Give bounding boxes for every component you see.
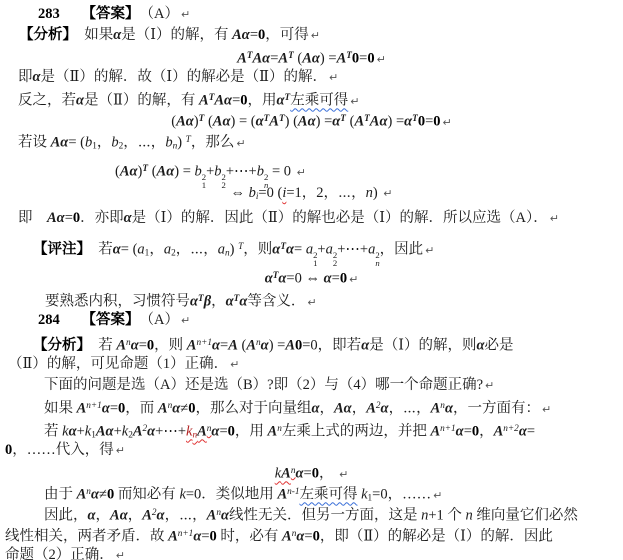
text-run: b — [195, 164, 202, 180]
text-run: +⋯+ — [226, 164, 257, 180]
paragraph-return-mark: ↵ — [443, 116, 452, 129]
text-run: 0 — [313, 529, 320, 545]
q283-remark: 【评注】 若α= (a1，a2，⋯，an) T，则αTα= a21+a22+⋯+… — [0, 233, 623, 261]
text-run: a — [326, 242, 333, 258]
paragraph-return-mark: ↵ — [542, 403, 551, 416]
text-run: Aα — [370, 114, 388, 130]
text-run: = — [250, 27, 258, 43]
text-run: b — [249, 185, 256, 201]
text-run: A — [116, 338, 126, 354]
text-run: ) = — [269, 338, 286, 354]
text-run: 左乘上式的两边，并把 — [282, 424, 431, 440]
text-run: 若 — [84, 242, 113, 258]
text-run: A — [168, 529, 178, 545]
q284-answer-header: 284 【答案】 （A）↵ — [0, 310, 623, 331]
text-run: + — [114, 424, 122, 440]
text-run: A — [133, 424, 143, 440]
text-run: α — [519, 424, 527, 440]
text-run: 命题（2）正确． — [5, 547, 114, 560]
text-run: ) — [177, 135, 185, 151]
text-run: ， — [319, 466, 337, 482]
text-run: Aα — [213, 114, 231, 130]
text-run: 如果 — [70, 27, 114, 43]
paragraph-return-mark: ↵ — [350, 95, 359, 108]
text-run: ，而 — [125, 401, 158, 417]
text-run: A — [281, 466, 291, 482]
text-run: α — [295, 466, 303, 482]
paragraph-return-mark: ↵ — [116, 549, 125, 560]
text-run: 0 — [210, 529, 217, 545]
text-run: ，可得 — [265, 27, 309, 43]
text-run: ) = — [174, 164, 194, 180]
text-run: A — [430, 424, 440, 440]
text-run: Aα — [253, 51, 271, 67]
text-run: A — [158, 401, 168, 417]
text-run: n-1 — [287, 487, 299, 497]
text-run: a — [368, 242, 375, 258]
text-run: A — [269, 114, 279, 130]
text-run: = — [110, 401, 118, 417]
text-run: A — [337, 51, 347, 67]
text-run — [60, 312, 89, 328]
text-run: 【答案】 — [89, 312, 133, 328]
text-run: α — [456, 424, 464, 440]
text-run: α — [212, 338, 220, 354]
text-run: A — [77, 401, 87, 417]
text-run: α — [76, 93, 84, 109]
text-run: 283 — [38, 6, 60, 22]
text-run: ，则 — [243, 242, 272, 258]
text-run: + — [77, 424, 85, 440]
q283-setup-b-vector: 若设 Aα= (b1，b2，⋯，bn) T，那么↵ — [0, 130, 623, 151]
text-run: α — [265, 271, 273, 287]
text-run: ， — [211, 294, 226, 310]
text-run: n — [466, 508, 473, 524]
text-run: 0 — [418, 114, 425, 130]
paragraph-return-mark: ↵ — [307, 296, 316, 309]
text-run: A — [77, 487, 87, 503]
text-run: ．亦即 — [80, 210, 124, 226]
text-run: α — [277, 93, 285, 109]
text-run: ( — [148, 164, 156, 180]
text-run: （Ⅱ）的解，可见命题（1）正确． — [8, 356, 228, 372]
text-run: Aα — [51, 135, 69, 151]
text-run: Aα — [157, 164, 175, 180]
text-run: α — [404, 114, 412, 130]
text-run: ) = — [316, 114, 333, 130]
text-run: 下面的问题是选（A）还是选（B）?即（2）与（4）哪一个命题正确? — [44, 377, 483, 393]
text-run: ，即（Ⅱ）的解必是（Ⅰ）的解．因此 — [320, 529, 553, 545]
text-run: b — [214, 164, 221, 180]
text-run: 等含义． — [247, 294, 305, 310]
text-run: A — [246, 338, 256, 354]
text-run: α — [256, 114, 264, 130]
text-run: +1 个 — [428, 508, 465, 524]
text-run: n+1 — [178, 529, 194, 539]
text-run: 若 — [44, 424, 62, 440]
text-run: A — [228, 338, 238, 354]
text-run: 【分析】 — [33, 338, 84, 354]
text-run: 由于 — [44, 487, 77, 503]
text-run: = — [65, 210, 73, 226]
text-run: 是（Ⅰ）的解．因此（Ⅱ）的解也必是（Ⅰ）的解．所以应选（A）． — [132, 210, 548, 226]
paragraph-return-mark: ↵ — [311, 29, 320, 42]
paragraph-return-mark: ↵ — [116, 444, 125, 457]
text-run: A — [199, 93, 209, 109]
text-run: = — [304, 529, 312, 545]
text-run: ，则 — [154, 338, 187, 354]
text-run: 284 — [38, 312, 60, 328]
text-run: 【答案】 — [89, 6, 133, 22]
text-run: 而知必有 — [114, 487, 179, 503]
text-run: Aα — [232, 27, 250, 43]
text-run: A — [278, 51, 288, 67]
text-run: = — [139, 338, 147, 354]
text-run: ， — [97, 135, 112, 151]
text-run: ，那么对于向量组 — [195, 401, 311, 417]
text-run: ， — [96, 508, 111, 524]
paragraph-return-mark: ↵ — [297, 166, 306, 179]
text-run: 若 — [84, 338, 117, 354]
text-run: a — [137, 242, 144, 258]
text-run: 维向量它们必然 — [473, 508, 578, 524]
paragraph-return-mark: ↵ — [181, 314, 190, 327]
text-run: =0．类似地用 — [186, 487, 278, 503]
text-run: A — [354, 114, 364, 130]
text-run: ， — [320, 401, 335, 417]
text-run: α — [221, 508, 229, 524]
q283-analysis-line2: 即α是（Ⅱ）的解．故（Ⅰ）的解必是（Ⅱ）的解．↵ — [0, 67, 623, 88]
text-run: ) = ( — [230, 114, 255, 130]
paragraph-return-mark: ↵ — [236, 137, 245, 150]
text-run: 0 — [367, 51, 374, 67]
text-run: A — [142, 508, 152, 524]
text-run: =0，…… — [372, 487, 431, 503]
text-run: 时，必有 — [217, 529, 282, 545]
text-run: + — [317, 242, 325, 258]
paragraph-return-mark: ↵ — [383, 187, 392, 200]
q283-conclusion: 即 Aα=0．亦即α是（Ⅰ）的解．因此（Ⅱ）的解也必是（Ⅰ）的解．所以应选（A）… — [0, 208, 623, 229]
text-run: b — [257, 164, 264, 180]
paragraph-return-mark: ↵ — [230, 358, 239, 371]
text-run: A — [197, 424, 207, 440]
text-run: ( — [204, 114, 212, 130]
q284-independence-line1: 因此，α，Aα，A2α，⋯，Anα线性无关．但另一方面，这是 n+1 个 n 维… — [0, 503, 623, 524]
text-run: = — [219, 424, 227, 440]
text-run: ) = — [320, 51, 337, 67]
paragraph-return-mark: ↵ — [433, 489, 442, 502]
q284-analysis-line2: （Ⅱ）的解，可见命题（1）正确．↵ — [0, 354, 623, 375]
text-run: = — [332, 271, 340, 287]
text-run: α — [324, 271, 332, 287]
text-run: 左乘可得 — [299, 487, 357, 503]
text-run: ，……代入，得 — [12, 442, 114, 458]
q283-formula-expansion: (Aα)T (Aα) = (αTAT) (Aα) =αT (ATAα) =αT0… — [0, 109, 623, 130]
paragraph-return-mark: ↵ — [550, 212, 559, 225]
text-run: = — [220, 338, 228, 354]
text-run: ) = — [387, 114, 404, 130]
text-run: ，那么 — [191, 135, 235, 151]
text-run: A — [494, 424, 504, 440]
text-run: = ( — [121, 242, 138, 258]
text-run: a — [306, 242, 313, 258]
text-run: ， — [479, 424, 494, 440]
text-run: 是（Ⅱ）的解，有 — [84, 93, 199, 109]
text-run: 必是 — [484, 338, 513, 354]
text-run: Aα — [47, 210, 65, 226]
paragraph-return-mark: ↵ — [377, 53, 386, 66]
text-run — [60, 6, 89, 22]
text-run: A — [277, 487, 287, 503]
document-surface[interactable]: 283 【答案】 （A）↵【分析】 如果α是（Ⅰ）的解，有 Aα=0，可得↵AT… — [0, 0, 623, 560]
text-run: Aα — [110, 508, 128, 524]
text-run: ( — [294, 51, 302, 67]
text-run: A — [282, 529, 292, 545]
q283-formula-bi-zero: ⇔ bi=0 (i=1，2，⋯，n) ↵ — [0, 183, 623, 204]
text-run: α — [131, 338, 139, 354]
q284-conclusion: 命题（2）正确．↵ — [0, 545, 623, 560]
text-run: 线性相关，两者矛盾．故 — [5, 529, 168, 545]
text-run: ，⋯， — [389, 401, 431, 417]
text-run: A — [207, 508, 217, 524]
text-run: ，⋯， — [123, 135, 165, 151]
text-run: α — [69, 424, 77, 440]
text-run: +⋯+ — [337, 242, 368, 258]
text-run: （A） — [132, 6, 179, 22]
text-run: =0 ( — [258, 185, 282, 201]
text-run: A — [187, 338, 197, 354]
text-run: 因此， — [44, 508, 88, 524]
text-run: n+2 — [503, 424, 519, 434]
text-run: Aα — [120, 164, 138, 180]
text-run: α — [147, 424, 155, 440]
q283-remark-line2: 要熟悉内积，习惯符号αTβ，αTα等含义．↵ — [0, 289, 623, 310]
q284-linear-combination: 若 kα+k1Aα+k2A2α+⋯+knAnα=0，用 An左乘上式的两边，并把… — [0, 419, 623, 440]
text-run: 是（Ⅰ）的解，则 — [369, 338, 476, 354]
text-run: 0 — [340, 271, 347, 287]
text-run: b — [165, 135, 172, 151]
text-run: = 0 — [268, 164, 294, 180]
q283-formula-ata: ATAα=AT (Aα) =AT0=0↵ — [0, 46, 623, 67]
text-run: 是（Ⅱ）的解．故（Ⅰ）的解必是（Ⅱ）的解． — [41, 69, 327, 85]
text-run: A — [366, 401, 376, 417]
text-run: α — [102, 401, 110, 417]
text-run: = — [527, 424, 535, 440]
q284-analysis-line1: 【分析】 若 Anα=0，则 An+1α=A (Anα) =A0=0，即若α是（… — [0, 333, 623, 354]
text-run: 如果 — [44, 401, 77, 417]
text-run: 线性无关．但另一方面，这是 — [229, 508, 421, 524]
text-run: = — [201, 529, 209, 545]
text-run: α — [33, 69, 41, 85]
q284-question-line: 下面的问题是选（A）还是选（B）?即（2）与（4）哪一个命题正确?↵ — [0, 375, 623, 396]
text-run: 左乘可得 — [290, 93, 348, 109]
q284-assumption-line: 如果 An+1α=0，而 Anα≠0，那么对于向量组α，Aα，A2α，⋯，Anα… — [0, 396, 623, 417]
text-run: α — [381, 401, 389, 417]
text-run: Aα — [334, 401, 352, 417]
text-run: n+1 — [86, 401, 102, 411]
text-run: ) ( — [285, 114, 298, 130]
text-run: +⋯+ — [155, 424, 186, 440]
text-run: α — [190, 294, 198, 310]
text-run: α — [286, 242, 294, 258]
text-run: 0 — [433, 114, 440, 130]
text-run: ) — [373, 185, 381, 201]
text-run: 若设 — [18, 135, 51, 151]
q284-independence-line2: 线性相关，两者矛盾．故 An+1α=0 时，必有 Anα=0，即（Ⅱ）的解必是（… — [0, 524, 623, 545]
text-run: =0，即若 — [302, 338, 361, 354]
text-run: （A） — [132, 312, 179, 328]
q283-analysis-line1: 【分析】 如果α是（Ⅰ）的解，有 Aα=0，可得↵ — [0, 25, 623, 46]
text-run: A — [431, 401, 441, 417]
text-run: ，一方面有： — [453, 401, 540, 417]
text-run: Aα — [176, 114, 194, 130]
text-run: α — [113, 242, 121, 258]
text-run: 要熟悉内积，习惯符号 — [45, 294, 190, 310]
text-run: Aα — [96, 424, 114, 440]
paragraph-return-mark: ↵ — [339, 468, 348, 481]
text-run: b — [111, 135, 118, 151]
text-run: ， — [352, 401, 367, 417]
text-run: Aα — [298, 114, 316, 130]
text-run: A — [268, 424, 278, 440]
text-run: Aα — [302, 51, 320, 67]
text-run: α — [157, 508, 165, 524]
q283-answer-header: 283 【答案】 （A）↵ — [0, 4, 623, 25]
text-run: n — [366, 185, 373, 201]
text-run: = — [304, 466, 312, 482]
paragraph-return-mark: ↵ — [329, 71, 338, 84]
text-run: ⇔ — [230, 185, 248, 201]
text-run: n+1 — [440, 424, 456, 434]
text-run: ，用 — [248, 93, 277, 109]
text-run: ， — [149, 242, 164, 258]
text-run: = ( — [68, 135, 85, 151]
text-run: α — [445, 401, 453, 417]
text-run: Aα — [214, 93, 232, 109]
text-run: ，⋯， — [165, 508, 207, 524]
text-run: = — [464, 424, 472, 440]
text-run: a — [218, 242, 225, 258]
paragraph-return-mark: ↵ — [181, 8, 190, 21]
q284-formula-kan: kAnα=0， ↵ — [0, 461, 623, 482]
text-run: 反之，若 — [18, 93, 76, 109]
q284-substitute-line: 0，……代入，得↵ — [0, 440, 623, 461]
text-run: ，因此 — [380, 242, 424, 258]
q283-formula-inner-product: αTα=0 ⇔ α=0↵ — [0, 266, 623, 287]
text-run: 是（Ⅰ）的解，有 — [121, 27, 232, 43]
q284-deduce-k-zero: 由于 Anα≠0 而知必有 k=0．类似地用 An-1左乘可得 k1=0，……↵ — [0, 482, 623, 503]
text-run: α — [124, 210, 132, 226]
paragraph-return-mark: ↵ — [485, 379, 494, 392]
text-run: ) — [230, 242, 238, 258]
text-run: =0 ⇔ — [286, 271, 323, 287]
text-run: 即 — [18, 210, 47, 226]
text-run: α — [261, 338, 269, 354]
q283-analysis-line3: 反之，若α是（Ⅱ）的解，有 ATAα=0，用αT左乘可得↵ — [0, 88, 623, 109]
text-run: 0 — [228, 424, 235, 440]
text-run: α — [361, 338, 369, 354]
text-run: α — [311, 401, 319, 417]
q283-formula-sum-squares: (Aα)T (Aα) = b21+b22+⋯+b2n = 0 ↵ — [0, 155, 623, 183]
text-run: =1，2，⋯， — [286, 185, 365, 201]
text-run: ，⋯， — [176, 242, 218, 258]
text-run: = — [294, 242, 306, 258]
text-run: 【评注】 — [33, 242, 84, 258]
text-run: ，用 — [235, 424, 268, 440]
text-run: α — [88, 508, 96, 524]
text-run: ≠ — [99, 487, 107, 503]
text-run: A — [285, 338, 295, 354]
paragraph-return-mark: ↵ — [425, 244, 434, 257]
text-run: α — [226, 294, 234, 310]
text-run: α — [91, 487, 99, 503]
text-run: 0 — [312, 466, 319, 482]
text-run: 0 — [240, 93, 247, 109]
paragraph-return-mark: ↵ — [349, 273, 358, 286]
text-run: n+1 — [196, 338, 212, 348]
text-run: 即 — [18, 69, 33, 85]
text-run: ， — [128, 508, 143, 524]
text-run: A — [237, 51, 247, 67]
text-run: 【分析】 — [19, 27, 70, 43]
text-run: a — [164, 242, 171, 258]
